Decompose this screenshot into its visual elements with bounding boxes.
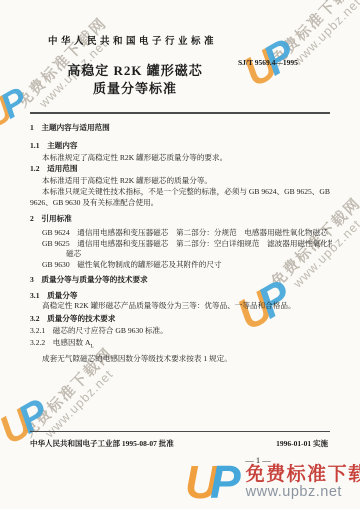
brand-site-url: www.upbz.net: [246, 485, 360, 500]
upbz-brand-logo: UP 免费标准下载网 www.upbz.net: [185, 463, 360, 502]
reference-gb9624: GB 9624 通信用电感器和变压器磁芯 第二部分：分规范 电感器用磁性氧化物磁…: [30, 228, 332, 238]
document-page: 免费标准下载网 www.upbz.net 免费标准下载网 www.upbz.ne…: [0, 0, 360, 509]
document-title-line2: 质量分等标准: [0, 80, 270, 98]
section-3-1-heading: 3.1 质量分等: [30, 291, 332, 301]
inductance-factor-subscript: L: [91, 344, 94, 350]
section-1-2-heading: 1.2 适用范围: [30, 164, 332, 174]
implementation-date: 1996-01-01 实施: [276, 438, 328, 449]
document-title: 高稳定 R2K 罐形磁芯 质量分等标准: [0, 62, 270, 98]
brand-site-name: 免费标准下载网: [246, 465, 360, 485]
section-3-2-2-heading: 3.2.2 电感因数 AL: [30, 338, 332, 352]
footer-divider: [30, 431, 330, 432]
section-3-1-paragraph: 高稳定性 R2K 罐形磁芯产品质量等级分为三等：优等品、一等品和合格品。: [30, 301, 332, 311]
reference-gb9630: GB 9630 磁性氧化物制成的罐形磁芯及其附件的尺寸: [30, 260, 332, 270]
section-3-2-2-label: 3.2.2 电感因数 A: [30, 338, 91, 347]
section-1-1-paragraph: 本标准规定了高稳定性 R2K 罐形磁芯质量分等的要求。: [30, 153, 332, 163]
approval-note: 中华人民共和国电子工业部 1995-08-07 批准: [30, 438, 174, 449]
section-1-1-heading: 1.1 主题内容: [30, 141, 332, 151]
reference-gb9625-line1: GB 9625 通信用电感器和变压器磁芯 第二部分：空白详细规范 滤波器用磁性氧…: [30, 239, 332, 249]
up-logo-icon: UP: [185, 463, 241, 502]
reference-gb9625-line2: 磁芯: [30, 249, 332, 259]
section-1-2-paragraph-1: 本标准适用于高稳定性 R2K 罐形磁芯的质量分等。: [30, 176, 332, 186]
section-3-2-heading: 3.2 质量分等的技术要求: [30, 314, 332, 324]
document-title-line1: 高稳定 R2K 罐形磁芯: [0, 62, 270, 80]
document-body: 1 主题内容与适用范围 1.1 主题内容 本标准规定了高稳定性 R2K 罐形磁芯…: [30, 123, 332, 364]
section-1-2-paragraph-2-line2: 9626、GB 9630 及有关标准配合使用。: [30, 198, 332, 208]
section-3-2-1-text: 3.2.1 磁芯的尺寸应符合 GB 9630 标准。: [30, 326, 332, 336]
header-divider: [30, 112, 330, 114]
section-2-heading: 2 引用标准: [30, 214, 332, 224]
brand-text: 免费标准下载网 www.upbz.net: [246, 465, 360, 500]
logo-letter-p: P: [210, 456, 241, 508]
section-1-2-paragraph-2-line1: 本标准只规定关键性技术指标，不是一个完整的标准，必须与 GB 9624、GB 9…: [30, 187, 332, 197]
standard-org-heading: 中华人民共和国电子行业标准: [48, 33, 217, 47]
section-3-2-2-paragraph: 成套无气隙磁芯的电感因数分等级技术要求按表 1 规定。: [30, 354, 332, 364]
section-1-heading: 1 主题内容与适用范围: [30, 123, 332, 133]
section-3-heading: 3 质量分等与质量分等的技术要求: [30, 275, 332, 285]
